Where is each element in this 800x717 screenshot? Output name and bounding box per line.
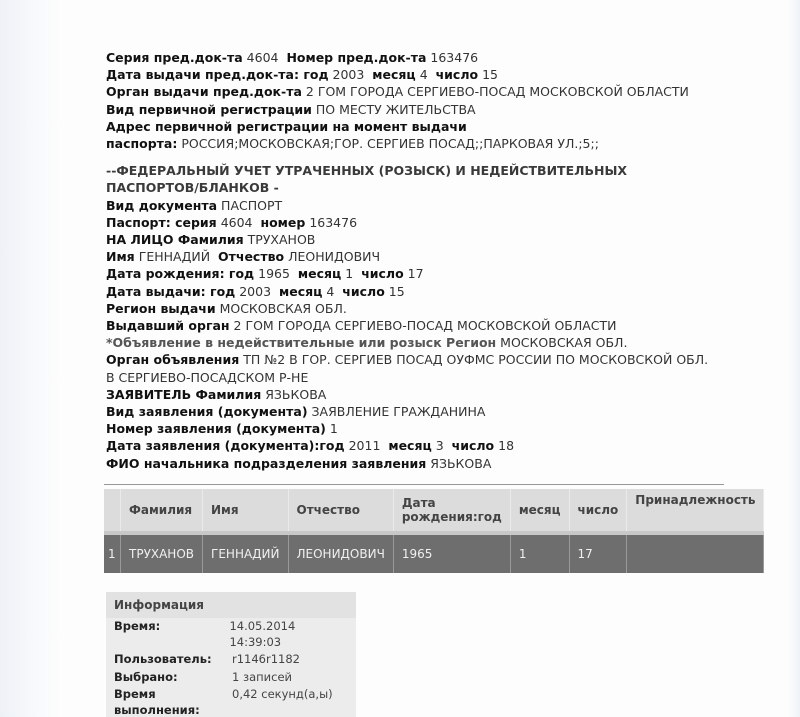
scan-shadow-right xyxy=(788,0,800,717)
column-header-day: число xyxy=(569,489,627,533)
info-panel: Информация Время: 14.05.2014 14:39:03 По… xyxy=(106,592,356,717)
cell-birth-year: 1965 xyxy=(393,533,510,573)
issuer: Выдавший орган 2 ГОМ ГОРОДА СЕРГИЕВО-ПОС… xyxy=(106,317,746,334)
chief-name: ФИО начальника подразделения заявления Я… xyxy=(106,455,746,472)
cell-month: 1 xyxy=(510,533,569,573)
doc-type: Вид документа ПАСПОРТ xyxy=(106,197,746,214)
column-header-index xyxy=(104,489,121,533)
info-time: Время: 14.05.2014 14:39:03 xyxy=(106,618,356,651)
cell-name: ГЕННАДИЙ xyxy=(203,533,288,573)
issue-date: Дата выдачи: год 2003 месяц 4 число 15 xyxy=(106,283,746,300)
prev-doc-reg-type: Вид первичной регистрации ПО МЕСТУ ЖИТЕЛ… xyxy=(106,101,746,118)
scan-shadow-left xyxy=(0,0,60,717)
application-number: Номер заявления (документа) 1 xyxy=(106,420,746,437)
results-table: Фамилия Имя Отчество Дата рождения:год м… xyxy=(104,489,764,573)
divider xyxy=(104,484,724,485)
column-header-month: месяц xyxy=(510,489,569,533)
cell-day: 17 xyxy=(569,533,627,573)
column-header-surname: Фамилия xyxy=(121,489,203,533)
table-row[interactable]: 1 ТРУХАНОВ ГЕННАДИЙ ЛЕОНИДОВИЧ 1965 1 17 xyxy=(104,533,764,573)
announcement-org: Орган объявления ТП №2 В ГОР. СЕРГИЕВ ПО… xyxy=(106,351,716,385)
prev-doc-address-label: Адрес первичной регистрации на момент вы… xyxy=(106,118,746,135)
document-body: Серия пред.док-та 4604 Номер пред.док-та… xyxy=(106,49,746,472)
prev-doc-issuer: Орган выдачи пред.док-та 2 ГОМ ГОРОДА СЕ… xyxy=(106,83,746,100)
info-title: Информация xyxy=(106,592,356,618)
application-type: Вид заявления (документа) ЗАЯВЛЕНИЕ ГРАЖ… xyxy=(106,403,746,420)
cell-affiliation xyxy=(627,533,764,573)
cell-patronymic: ЛЕОНИДОВИЧ xyxy=(288,533,393,573)
info-exec-time: Время выполнения: 0,42 секунд(а,ы) xyxy=(106,686,356,717)
person-name: Имя ГЕННАДИЙ Отчество ЛЕОНИДОВИЧ xyxy=(106,248,746,265)
application-date: Дата заявления (документа):год 2011 меся… xyxy=(106,437,746,454)
column-header-affiliation: Принадлежность xyxy=(627,489,764,533)
table-header-row: Фамилия Имя Отчество Дата рождения:год м… xyxy=(104,489,764,533)
column-header-birth-year: Дата рождения:год xyxy=(393,489,510,533)
federal-heading-2: ПАСПОРТОВ/БЛАНКОВ - xyxy=(106,179,746,196)
prev-doc-series-line: Серия пред.док-та 4604 Номер пред.док-та… xyxy=(106,49,746,66)
results-table-container: Фамилия Имя Отчество Дата рождения:год м… xyxy=(104,484,724,573)
person-surname: НА ЛИЦО Фамилия ТРУХАНОВ xyxy=(106,231,746,248)
column-header-patronymic: Отчество xyxy=(288,489,393,533)
info-user: Пользователь: r1146r1182 xyxy=(106,651,356,669)
prev-doc-issue-date: Дата выдачи пред.док-та: год 2003 месяц … xyxy=(106,66,746,83)
passport-series-number: Паспорт: серия 4604 номер 163476 xyxy=(106,214,746,231)
info-selected: Выбрано: 1 записей xyxy=(106,669,356,687)
cell-surname: ТРУХАНОВ xyxy=(121,533,203,573)
federal-heading: --ФЕДЕРАЛЬНЫЙ УЧЕТ УТРАЧЕННЫХ (РОЗЫСК) И… xyxy=(106,162,746,179)
prev-doc-address: паспорта: РОССИЯ;МОСКОВСКАЯ;ГОР. СЕРГИЕВ… xyxy=(106,135,746,152)
cell-index: 1 xyxy=(104,533,121,573)
applicant: ЗАЯВИТЕЛЬ Фамилия ЯЗЬКОВА xyxy=(106,386,746,403)
birth-date: Дата рождения: год 1965 месяц 1 число 17 xyxy=(106,265,746,282)
issue-region: Регион выдачи МОСКОВСКАЯ ОБЛ. xyxy=(106,300,746,317)
announcement-region: *Объявление в недействительные или розыс… xyxy=(106,334,746,351)
column-header-name: Имя xyxy=(203,489,288,533)
